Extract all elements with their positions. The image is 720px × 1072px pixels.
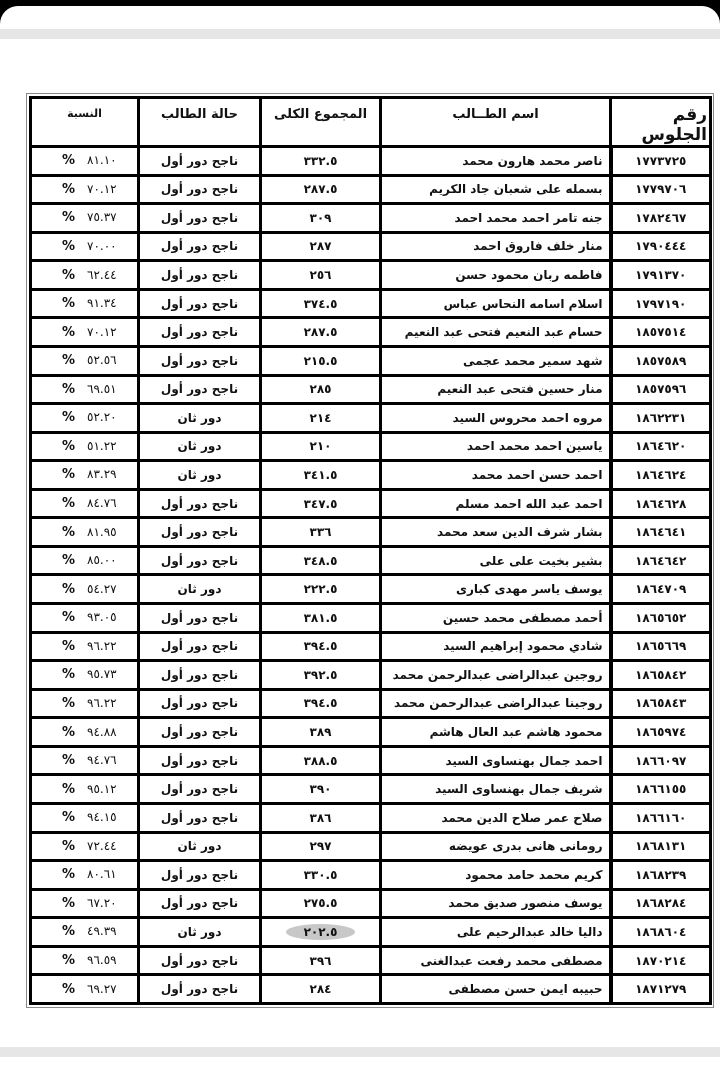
seat-number-cell: ١٧٧٣٧٢٥ xyxy=(611,147,711,176)
percent-sign: % xyxy=(62,725,75,740)
table-row: ١٨٦٥٦٥٢ أحمد مصطفى محمد حسين ٣٨١.٥ ناجح … xyxy=(31,604,711,633)
total-score-cell: ٣٩٤.٥ xyxy=(261,689,381,718)
percentage-cell: %٨٤.٧٦ xyxy=(31,489,139,518)
total-score-cell: ٣٠٩ xyxy=(261,204,381,233)
percentage-cell: %٦٩.٥١ xyxy=(31,375,139,404)
status-cell: دور ثان xyxy=(139,461,261,490)
header-student-name: اسم الطــالب xyxy=(381,98,611,147)
percent-sign: % xyxy=(62,153,75,168)
percent-sign: % xyxy=(62,639,75,654)
total-score-cell: ٢١٠ xyxy=(261,432,381,461)
percentage-cell: %٧٢.٤٤ xyxy=(31,832,139,861)
table-row: ١٨٦٤٦٢٤ احمد حسن احمد محمد ٣٤١.٥ دور ثان… xyxy=(31,461,711,490)
table-row: ١٨٦٨٢٣٩ كريم محمد حامد محمود ٣٣٠.٥ ناجح … xyxy=(31,861,711,890)
total-score-value: ٣٨١.٥ xyxy=(304,611,338,625)
seat-number-cell: ١٨٦٤٦٢٤ xyxy=(611,461,711,490)
total-score-cell: ٢٨٤ xyxy=(261,975,381,1004)
status-cell: ناجح دور أول xyxy=(139,175,261,204)
percent-sign: % xyxy=(62,439,75,454)
percentage-cell: %٥٤.٢٧ xyxy=(31,575,139,604)
table-row: ١٧٧٩٧٠٦ بسمله على شعبان جاد الكريم ٢٨٧.٥… xyxy=(31,175,711,204)
percentage-value: ٨١.٩٥ xyxy=(87,525,117,539)
total-score-value: ٣٨٩ xyxy=(310,725,332,739)
total-score-cell: ٢٨٥ xyxy=(261,375,381,404)
total-score-value: ٣٣٠.٥ xyxy=(304,868,338,882)
seat-number-cell: ١٨٦٥٦٦٩ xyxy=(611,632,711,661)
status-cell: ناجح دور أول xyxy=(139,718,261,747)
percentage-value: ٧٥.٣٧ xyxy=(87,210,117,224)
status-cell: ناجح دور أول xyxy=(139,346,261,375)
percentage-value: ٩٤.٧٦ xyxy=(87,753,117,767)
student-name-cell: محمود هاشم عبد العال هاشم xyxy=(381,718,611,747)
percent-sign: % xyxy=(62,553,75,568)
seat-number-cell: ١٨٥٧٥٩٦ xyxy=(611,375,711,404)
total-score-cell: ٣٣٢.٥ xyxy=(261,147,381,176)
student-name-cell: روجينا عبدالراضى عبدالرحمن محمد xyxy=(381,689,611,718)
student-name-cell: حسام عبد النعيم فتحى عبد النعيم xyxy=(381,318,611,347)
seat-number-cell: ١٨٦٤٦٢٨ xyxy=(611,489,711,518)
total-score-value: ٣٠٩ xyxy=(310,211,332,225)
total-score-cell: ٣٣٦ xyxy=(261,518,381,547)
seat-number-cell: ١٨٦٤٦٢٠ xyxy=(611,432,711,461)
total-score-cell: ٢٠٢.٥ xyxy=(261,918,381,947)
table-row: ١٨٦٦١٦٠ صلاح عمر صلاح الدين محمد ٣٨٦ ناج… xyxy=(31,803,711,832)
total-score-value: ٢٨٧.٥ xyxy=(304,182,338,196)
table-header-row: رقم الجلوس اسم الطــالب المجموع الكلى حا… xyxy=(31,98,711,147)
seat-number-cell: ١٨٦٤٧٠٩ xyxy=(611,575,711,604)
header-status: حالة الطالب xyxy=(139,98,261,147)
student-name-cell: يوسف ياسر مهدى كبارى xyxy=(381,575,611,604)
percentage-value: ٦٩.٢٧ xyxy=(87,982,117,996)
total-score-cell: ٣٩٠ xyxy=(261,775,381,804)
student-name-cell: روجين عبدالراضى عبدالرحمن محمد xyxy=(381,661,611,690)
status-cell: ناجح دور أول xyxy=(139,775,261,804)
percentage-value: ٧٠.١٢ xyxy=(87,325,117,339)
percentage-value: ٨١.١٠ xyxy=(87,153,117,167)
status-cell: دور ثان xyxy=(139,832,261,861)
table-row: ١٨٦٥٨٤٢ روجين عبدالراضى عبدالرحمن محمد ٣… xyxy=(31,661,711,690)
total-score-cell: ٢٨٧.٥ xyxy=(261,318,381,347)
percent-sign: % xyxy=(62,696,75,711)
percentage-cell: %٦٢.٤٤ xyxy=(31,261,139,290)
header-total: المجموع الكلى xyxy=(261,98,381,147)
student-name-cell: ياسين احمد محمد احمد xyxy=(381,432,611,461)
total-score-value: ٣٩٢.٥ xyxy=(304,668,338,682)
table-row: ١٨٦٥٦٦٩ شادي محمود إبراهيم السيد ٣٩٤.٥ ن… xyxy=(31,632,711,661)
header-seat-number: رقم الجلوس xyxy=(611,98,711,147)
percent-sign: % xyxy=(62,467,75,482)
percentage-cell: %٩١.٣٤ xyxy=(31,289,139,318)
percentage-cell: %٧٥.٣٧ xyxy=(31,204,139,233)
status-cell: ناجح دور أول xyxy=(139,546,261,575)
student-name-cell: صلاح عمر صلاح الدين محمد xyxy=(381,803,611,832)
percentage-cell: %٨٥.٠٠ xyxy=(31,546,139,575)
student-name-cell: منار حسين فتحى عبد النعيم xyxy=(381,375,611,404)
status-cell: ناجح دور أول xyxy=(139,946,261,975)
total-score-value: ٣٣٦ xyxy=(310,525,332,539)
percentage-value: ٩٤.١٥ xyxy=(87,810,117,824)
table-row: ١٨٥٧٥٩٦ منار حسين فتحى عبد النعيم ٢٨٥ نا… xyxy=(31,375,711,404)
percentage-cell: %٧٠.١٢ xyxy=(31,318,139,347)
student-name-cell: كريم محمد حامد محمود xyxy=(381,861,611,890)
percentage-value: ٦٧.٢٠ xyxy=(87,896,117,910)
total-score-value: ٢٢٢.٥ xyxy=(304,582,338,596)
table-row: ١٨٦٥٨٤٣ روجينا عبدالراضى عبدالرحمن محمد … xyxy=(31,689,711,718)
percentage-cell: %٥٢.٥٦ xyxy=(31,346,139,375)
percentage-cell: %٥٢.٢٠ xyxy=(31,404,139,433)
percent-sign: % xyxy=(62,839,75,854)
seat-number-cell: ١٨٧٠٢١٤ xyxy=(611,946,711,975)
percentage-cell: %٩٤.٧٦ xyxy=(31,746,139,775)
seat-number-cell: ١٨٦٦٠٩٧ xyxy=(611,746,711,775)
status-cell: ناجح دور أول xyxy=(139,803,261,832)
status-cell: دور ثان xyxy=(139,432,261,461)
percentage-value: ٤٩.٣٩ xyxy=(87,924,117,938)
highlighted-total-score-value: ٢٠٢.٥ xyxy=(286,924,356,940)
seat-number-cell: ١٧٩١٣٧٠ xyxy=(611,261,711,290)
status-cell: ناجح دور أول xyxy=(139,689,261,718)
table-row: ١٧٨٢٤٦٧ جنه تامر احمد محمد احمد ٣٠٩ ناجح… xyxy=(31,204,711,233)
results-table: رقم الجلوس اسم الطــالب المجموع الكلى حا… xyxy=(29,96,712,1005)
student-name-cell: شادي محمود إبراهيم السيد xyxy=(381,632,611,661)
percentage-cell: %٧٠.٠٠ xyxy=(31,232,139,261)
table-row: ١٨٦٤٧٠٩ يوسف ياسر مهدى كبارى ٢٢٢.٥ دور ث… xyxy=(31,575,711,604)
total-score-value: ٢٨٥ xyxy=(310,382,332,396)
total-score-value: ٣٩٦ xyxy=(310,954,332,968)
seat-number-cell: ١٨٦٥٦٥٢ xyxy=(611,604,711,633)
table-row: ١٨٦٦٠٩٧ احمد جمال بهنساوى السيد ٣٨٨.٥ نا… xyxy=(31,746,711,775)
total-score-value: ٢٩٧ xyxy=(310,839,332,853)
seat-number-cell: ١٧٧٩٧٠٦ xyxy=(611,175,711,204)
seat-number-cell: ١٨٦٨٢٨٤ xyxy=(611,889,711,918)
student-name-cell: يوسف منصور صديق محمد xyxy=(381,889,611,918)
percentage-cell: %٩٦.٢٢ xyxy=(31,632,139,661)
status-cell: ناجح دور أول xyxy=(139,975,261,1004)
total-score-cell: ٢٢٢.٥ xyxy=(261,575,381,604)
status-cell: دور ثان xyxy=(139,918,261,947)
total-score-cell: ٣٨٦ xyxy=(261,803,381,832)
total-score-cell: ٣٩٤.٥ xyxy=(261,632,381,661)
table-row: ١٧٩١٣٧٠ فاطمه ربان محمود حسن ٢٥٦ ناجح دو… xyxy=(31,261,711,290)
percentage-cell: %٨١.٩٥ xyxy=(31,518,139,547)
percentage-value: ٩٤.٨٨ xyxy=(87,725,117,739)
status-cell: ناجح دور أول xyxy=(139,632,261,661)
percentage-value: ٥٢.٥٦ xyxy=(87,353,117,367)
total-score-value: ٢٨٧.٥ xyxy=(304,325,338,339)
total-score-cell: ٣٩٢.٥ xyxy=(261,661,381,690)
percent-sign: % xyxy=(62,525,75,540)
percentage-cell: %٩٣.٠٥ xyxy=(31,604,139,633)
status-cell: دور ثان xyxy=(139,404,261,433)
student-name-cell: داليا خالد عبدالرحيم على xyxy=(381,918,611,947)
percentage-cell: %٨٣.٢٩ xyxy=(31,461,139,490)
total-score-value: ٢٥٦ xyxy=(310,268,332,282)
total-score-cell: ٣٤٨.٥ xyxy=(261,546,381,575)
student-name-cell: ناصر محمد هارون محمد xyxy=(381,147,611,176)
seat-number-cell: ١٨٦٢٢٣١ xyxy=(611,404,711,433)
table-row: ١٨٥٧٥٨٩ شهد سمير محمد عجمى ٢١٥.٥ ناجح دو… xyxy=(31,346,711,375)
status-cell: ناجح دور أول xyxy=(139,661,261,690)
table-row: ١٨٧٠٢١٤ مصطفى محمد رفعت عبدالغنى ٣٩٦ ناج… xyxy=(31,946,711,975)
total-score-cell: ٣٤٧.٥ xyxy=(261,489,381,518)
top-divider-strip xyxy=(0,29,720,39)
total-score-value: ٣٤٧.٥ xyxy=(304,497,338,511)
seat-number-cell: ١٨٦٥٨٤٢ xyxy=(611,661,711,690)
status-cell: ناجح دور أول xyxy=(139,318,261,347)
total-score-cell: ٢٩٧ xyxy=(261,832,381,861)
percent-sign: % xyxy=(62,182,75,197)
total-score-cell: ٣٨٨.٥ xyxy=(261,746,381,775)
seat-number-cell: ١٨٦٥٨٤٣ xyxy=(611,689,711,718)
seat-number-cell: ١٨٥٧٥١٤ xyxy=(611,318,711,347)
percentage-cell: %٨١.١٠ xyxy=(31,147,139,176)
percentage-cell: %٩٥.١٢ xyxy=(31,775,139,804)
percent-sign: % xyxy=(62,353,75,368)
percentage-value: ٩٦.٢٢ xyxy=(87,696,117,710)
status-cell: دور ثان xyxy=(139,575,261,604)
seat-number-cell: ١٨٦٨١٣١ xyxy=(611,832,711,861)
results-table-body: ١٧٧٣٧٢٥ ناصر محمد هارون محمد ٣٣٢.٥ ناجح … xyxy=(31,147,711,1004)
percentage-value: ٧٢.٤٤ xyxy=(87,839,117,853)
total-score-value: ٢١٥.٥ xyxy=(304,354,338,368)
total-score-cell: ٣٩٦ xyxy=(261,946,381,975)
student-name-cell: شهد سمير محمد عجمى xyxy=(381,346,611,375)
total-score-cell: ٢٨٧.٥ xyxy=(261,175,381,204)
student-name-cell: منار خلف فاروق احمد xyxy=(381,232,611,261)
total-score-cell: ٣٣٠.٥ xyxy=(261,861,381,890)
percentage-cell: %٩٤.٨٨ xyxy=(31,718,139,747)
student-name-cell: جنه تامر احمد محمد احمد xyxy=(381,204,611,233)
percentage-value: ٩٣.٠٥ xyxy=(87,610,117,624)
percent-sign: % xyxy=(62,610,75,625)
percentage-cell: %٩٤.١٥ xyxy=(31,803,139,832)
percentage-value: ٨٥.٠٠ xyxy=(87,553,117,567)
total-score-cell: ٣٨٩ xyxy=(261,718,381,747)
seat-number-cell: ١٨٦٦١٥٥ xyxy=(611,775,711,804)
total-score-value: ٣٤١.٥ xyxy=(304,468,338,482)
seat-number-cell: ١٨٦٥٩٧٤ xyxy=(611,718,711,747)
student-name-cell: فاطمه ربان محمود حسن xyxy=(381,261,611,290)
percent-sign: % xyxy=(62,896,75,911)
percentage-cell: %٧٠.١٢ xyxy=(31,175,139,204)
student-name-cell: شريف جمال بهنساوى السيد xyxy=(381,775,611,804)
total-score-cell: ٢٧٥.٥ xyxy=(261,889,381,918)
table-row: ١٨٦٨٦٠٤ داليا خالد عبدالرحيم على ٢٠٢.٥ د… xyxy=(31,918,711,947)
percentage-cell: %٤٩.٣٩ xyxy=(31,918,139,947)
status-cell: ناجح دور أول xyxy=(139,861,261,890)
status-cell: ناجح دور أول xyxy=(139,261,261,290)
total-score-cell: ٣٧٤.٥ xyxy=(261,289,381,318)
percent-sign: % xyxy=(62,496,75,511)
total-score-value: ٣٤٨.٥ xyxy=(304,554,338,568)
table-row: ١٨٦٤٦٢٠ ياسين احمد محمد احمد ٢١٠ دور ثان… xyxy=(31,432,711,461)
student-name-cell: بشار شرف الدين سعد محمد xyxy=(381,518,611,547)
seat-number-cell: ١٨٦٦١٦٠ xyxy=(611,803,711,832)
seat-number-cell: ١٧٩٧١٩٠ xyxy=(611,289,711,318)
student-name-cell: مروه احمد محروس السيد xyxy=(381,404,611,433)
document-page: رقم الجلوس اسم الطــالب المجموع الكلى حا… xyxy=(0,6,720,1072)
status-cell: ناجح دور أول xyxy=(139,204,261,233)
student-name-cell: احمد جمال بهنساوى السيد xyxy=(381,746,611,775)
seat-number-cell: ١٨٦٨٢٣٩ xyxy=(611,861,711,890)
results-table-frame: رقم الجلوس اسم الطــالب المجموع الكلى حا… xyxy=(26,93,714,1008)
table-row: ١٨٦٨١٣١ رومانى هانى بدرى عويضه ٢٩٧ دور ث… xyxy=(31,832,711,861)
table-row: ١٨٦٤٦٤٢ بشير بخيت على على ٣٤٨.٥ ناجح دور… xyxy=(31,546,711,575)
total-score-value: ٢٧٥.٥ xyxy=(304,896,338,910)
total-score-value: ٣٣٢.٥ xyxy=(304,154,338,168)
status-cell: ناجح دور أول xyxy=(139,489,261,518)
percent-sign: % xyxy=(62,296,75,311)
percent-sign: % xyxy=(62,325,75,340)
seat-number-cell: ١٨٦٤٦٤٢ xyxy=(611,546,711,575)
percentage-cell: %٨٠.٦١ xyxy=(31,861,139,890)
table-row: ١٨٦٤٦٢٨ احمد عبد الله احمد مسلم ٣٤٧.٥ نا… xyxy=(31,489,711,518)
student-name-cell: بسمله على شعبان جاد الكريم xyxy=(381,175,611,204)
percent-sign: % xyxy=(62,810,75,825)
status-cell: ناجح دور أول xyxy=(139,375,261,404)
percent-sign: % xyxy=(62,867,75,882)
total-score-cell: ٢٥٦ xyxy=(261,261,381,290)
total-score-value: ٣٨٦ xyxy=(310,811,332,825)
percentage-value: ٩٥.٧٣ xyxy=(87,667,117,681)
status-cell: ناجح دور أول xyxy=(139,518,261,547)
table-row: ١٧٩٧١٩٠ اسلام اسامه النحاس عباس ٣٧٤.٥ نا… xyxy=(31,289,711,318)
percent-sign: % xyxy=(62,924,75,939)
percentage-value: ٩٦.٥٩ xyxy=(87,953,117,967)
total-score-cell: ٢١٤ xyxy=(261,404,381,433)
percent-sign: % xyxy=(62,410,75,425)
header-percentage: النسبة xyxy=(31,98,139,147)
total-score-value: ٣٨٨.٥ xyxy=(304,754,338,768)
student-name-cell: أحمد مصطفى محمد حسين xyxy=(381,604,611,633)
percent-sign: % xyxy=(62,382,75,397)
total-score-cell: ٣٨١.٥ xyxy=(261,604,381,633)
percentage-value: ٥٢.٢٠ xyxy=(87,410,117,424)
percent-sign: % xyxy=(62,982,75,997)
total-score-value: ٣٩٤.٥ xyxy=(304,639,338,653)
status-cell: ناجح دور أول xyxy=(139,289,261,318)
total-score-value: ٣٩٠ xyxy=(310,782,332,796)
total-score-value: ٢٨٧ xyxy=(310,239,332,253)
student-name-cell: حبيبه ايمن حسن مصطفى xyxy=(381,975,611,1004)
status-cell: ناجح دور أول xyxy=(139,232,261,261)
percentage-value: ٥١.٢٢ xyxy=(87,439,117,453)
status-cell: ناجح دور أول xyxy=(139,746,261,775)
percentage-value: ٨٤.٧٦ xyxy=(87,496,117,510)
percentage-value: ٩٦.٢٢ xyxy=(87,639,117,653)
percent-sign: % xyxy=(62,667,75,682)
percentage-cell: %٩٦.٥٩ xyxy=(31,946,139,975)
percentage-cell: %٥١.٢٢ xyxy=(31,432,139,461)
table-row: ١٨٦٤٦٤١ بشار شرف الدين سعد محمد ٣٣٦ ناجح… xyxy=(31,518,711,547)
seat-number-cell: ١٨٦٤٦٤١ xyxy=(611,518,711,547)
seat-number-cell: ١٧٩٠٤٤٤ xyxy=(611,232,711,261)
table-row: ١٧٩٠٤٤٤ منار خلف فاروق احمد ٢٨٧ ناجح دور… xyxy=(31,232,711,261)
total-score-cell: ٢١٥.٥ xyxy=(261,346,381,375)
percentage-value: ٩٥.١٢ xyxy=(87,782,117,796)
percentage-value: ٨٣.٢٩ xyxy=(87,467,117,481)
percentage-value: ٩١.٣٤ xyxy=(87,296,117,310)
student-name-cell: بشير بخيت على على xyxy=(381,546,611,575)
percent-sign: % xyxy=(62,268,75,283)
student-name-cell: اسلام اسامه النحاس عباس xyxy=(381,289,611,318)
percentage-cell: %٦٩.٢٧ xyxy=(31,975,139,1004)
seat-number-cell: ١٨٦٨٦٠٤ xyxy=(611,918,711,947)
percent-sign: % xyxy=(62,210,75,225)
percentage-value: ٧٠.٠٠ xyxy=(87,239,117,253)
percentage-cell: %٩٦.٢٢ xyxy=(31,689,139,718)
percentage-cell: %٩٥.٧٣ xyxy=(31,661,139,690)
seat-number-cell: ١٨٥٧٥٨٩ xyxy=(611,346,711,375)
table-row: ١٨٥٧٥١٤ حسام عبد النعيم فتحى عبد النعيم … xyxy=(31,318,711,347)
student-name-cell: احمد حسن احمد محمد xyxy=(381,461,611,490)
table-row: ١٨٦٨٢٨٤ يوسف منصور صديق محمد ٢٧٥.٥ ناجح … xyxy=(31,889,711,918)
percentage-value: ٧٠.١٢ xyxy=(87,182,117,196)
percent-sign: % xyxy=(62,239,75,254)
percent-sign: % xyxy=(62,582,75,597)
percentage-value: ٦٢.٤٤ xyxy=(87,268,117,282)
percent-sign: % xyxy=(62,753,75,768)
percentage-value: ٥٤.٢٧ xyxy=(87,582,117,596)
percentage-cell: %٦٧.٢٠ xyxy=(31,889,139,918)
percentage-value: ٦٩.٥١ xyxy=(87,382,117,396)
student-name-cell: احمد عبد الله احمد مسلم xyxy=(381,489,611,518)
seat-number-cell: ١٨٧١٢٧٩ xyxy=(611,975,711,1004)
table-row: ١٨٦٦١٥٥ شريف جمال بهنساوى السيد ٣٩٠ ناجح… xyxy=(31,775,711,804)
seat-number-cell: ١٧٨٢٤٦٧ xyxy=(611,204,711,233)
total-score-value: ٣٩٤.٥ xyxy=(304,696,338,710)
status-cell: ناجح دور أول xyxy=(139,889,261,918)
table-row: ١٨٦٢٢٣١ مروه احمد محروس السيد ٢١٤ دور ثا… xyxy=(31,404,711,433)
total-score-value: ٢١٠ xyxy=(310,439,332,453)
percentage-value: ٨٠.٦١ xyxy=(87,867,117,881)
bottom-divider-strip xyxy=(0,1047,720,1057)
total-score-cell: ٢٨٧ xyxy=(261,232,381,261)
table-row: ١٨٦٥٩٧٤ محمود هاشم عبد العال هاشم ٣٨٩ نا… xyxy=(31,718,711,747)
total-score-cell: ٣٤١.٥ xyxy=(261,461,381,490)
total-score-value: ٣٧٤.٥ xyxy=(304,297,338,311)
status-cell: ناجح دور أول xyxy=(139,147,261,176)
total-score-value: ٢١٤ xyxy=(310,411,332,425)
student-name-cell: رومانى هانى بدرى عويضه xyxy=(381,832,611,861)
percent-sign: % xyxy=(62,782,75,797)
total-score-value: ٢٨٤ xyxy=(310,982,332,996)
percent-sign: % xyxy=(62,953,75,968)
table-row: ١٨٧١٢٧٩ حبيبه ايمن حسن مصطفى ٢٨٤ ناجح دو… xyxy=(31,975,711,1004)
status-cell: ناجح دور أول xyxy=(139,604,261,633)
table-row: ١٧٧٣٧٢٥ ناصر محمد هارون محمد ٣٣٢.٥ ناجح … xyxy=(31,147,711,176)
student-name-cell: مصطفى محمد رفعت عبدالغنى xyxy=(381,946,611,975)
